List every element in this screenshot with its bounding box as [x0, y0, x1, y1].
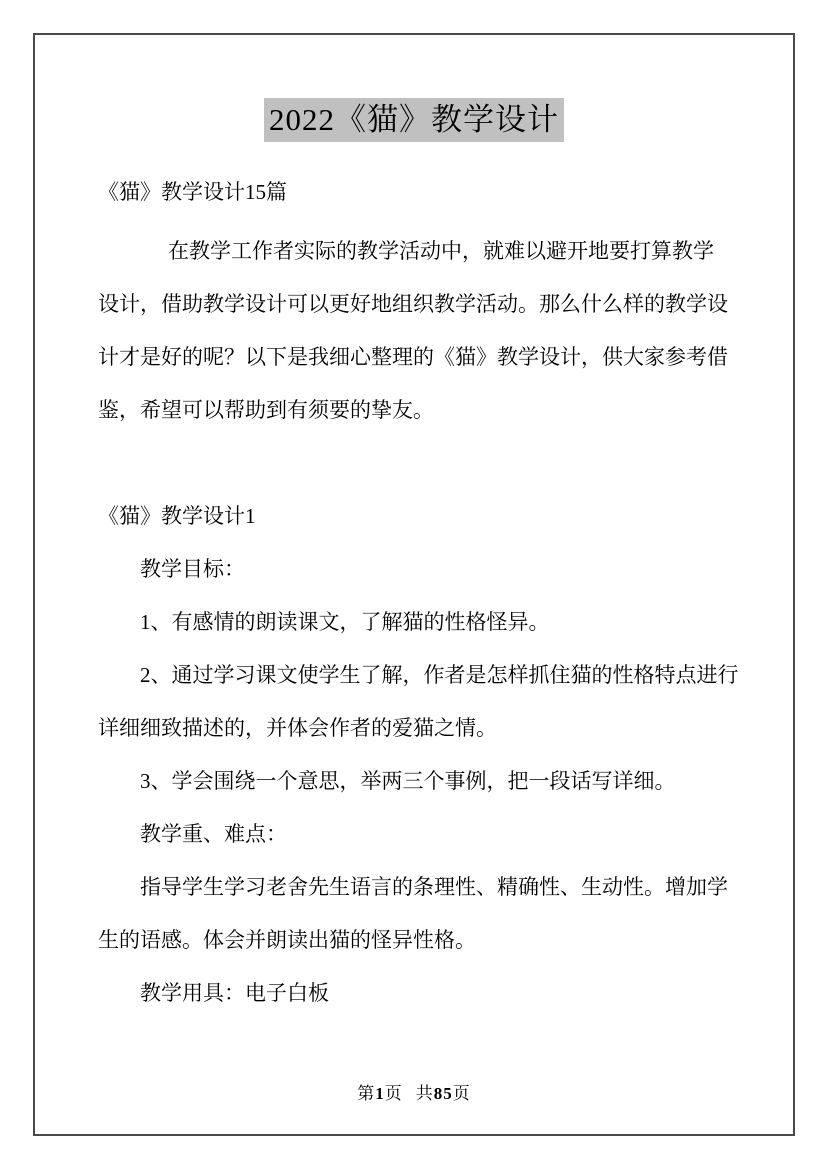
- page-footer: 第1页共85页: [35, 1085, 793, 1102]
- body-line: 3、学会围绕一个意思，举两三个事例，把一段话写详细。: [98, 770, 738, 823]
- document-subtitle: 《猫》教学设计15篇: [98, 181, 733, 203]
- total-suffix: 页: [453, 1084, 471, 1103]
- body-line: 《猫》教学设计1: [98, 505, 738, 558]
- body-line: 设计，借助教学设计可以更好地组织教学活动。那么什么样的教学设: [98, 293, 738, 346]
- body-line: 在教学工作者实际的教学活动中，就难以避开地要打算教学: [98, 240, 738, 293]
- page-title: 2022《猫》教学设计: [264, 98, 564, 142]
- body-line: 鉴，希望可以帮助到有须要的挚友。: [98, 399, 738, 452]
- document-page: 2022《猫》教学设计 《猫》教学设计15篇 在教学工作者实际的教学活动中，就难…: [0, 0, 827, 1170]
- page-number-label: 第1页: [357, 1084, 403, 1103]
- body-line: 教学重、难点：: [98, 823, 738, 876]
- page-border: 2022《猫》教学设计 《猫》教学设计15篇 在教学工作者实际的教学活动中，就难…: [33, 33, 795, 1136]
- total-pages-label: 共85页: [416, 1084, 471, 1103]
- body-line: 生的语感。体会并朗读出猫的怪异性格。: [98, 929, 738, 982]
- total-page-number: 85: [434, 1084, 453, 1103]
- page-suffix: 页: [385, 1084, 403, 1103]
- body-line: 计才是好的呢？以下是我细心整理的《猫》教学设计，供大家参考借: [98, 346, 738, 399]
- body-line: 1、有感情的朗读课文，了解猫的性格怪异。: [98, 611, 738, 664]
- body-line: 教学用具：电子白板: [98, 982, 738, 1035]
- document-body: 在教学工作者实际的教学活动中，就难以避开地要打算教学设计，借助教学设计可以更好地…: [35, 240, 793, 1035]
- body-line: [98, 452, 738, 505]
- page-prefix: 第: [357, 1084, 375, 1103]
- body-line: 2、通过学习课文使学生了解，作者是怎样抓住猫的性格特点进行: [98, 664, 738, 717]
- title-row: 2022《猫》教学设计: [35, 98, 793, 142]
- body-line: 详细细致描述的，并体会作者的爱猫之情。: [98, 717, 738, 770]
- current-page-number: 1: [375, 1084, 385, 1103]
- total-prefix: 共: [416, 1084, 434, 1103]
- body-line: 教学目标：: [98, 558, 738, 611]
- body-line: 指导学生学习老舍先生语言的条理性、精确性、生动性。增加学: [98, 876, 738, 929]
